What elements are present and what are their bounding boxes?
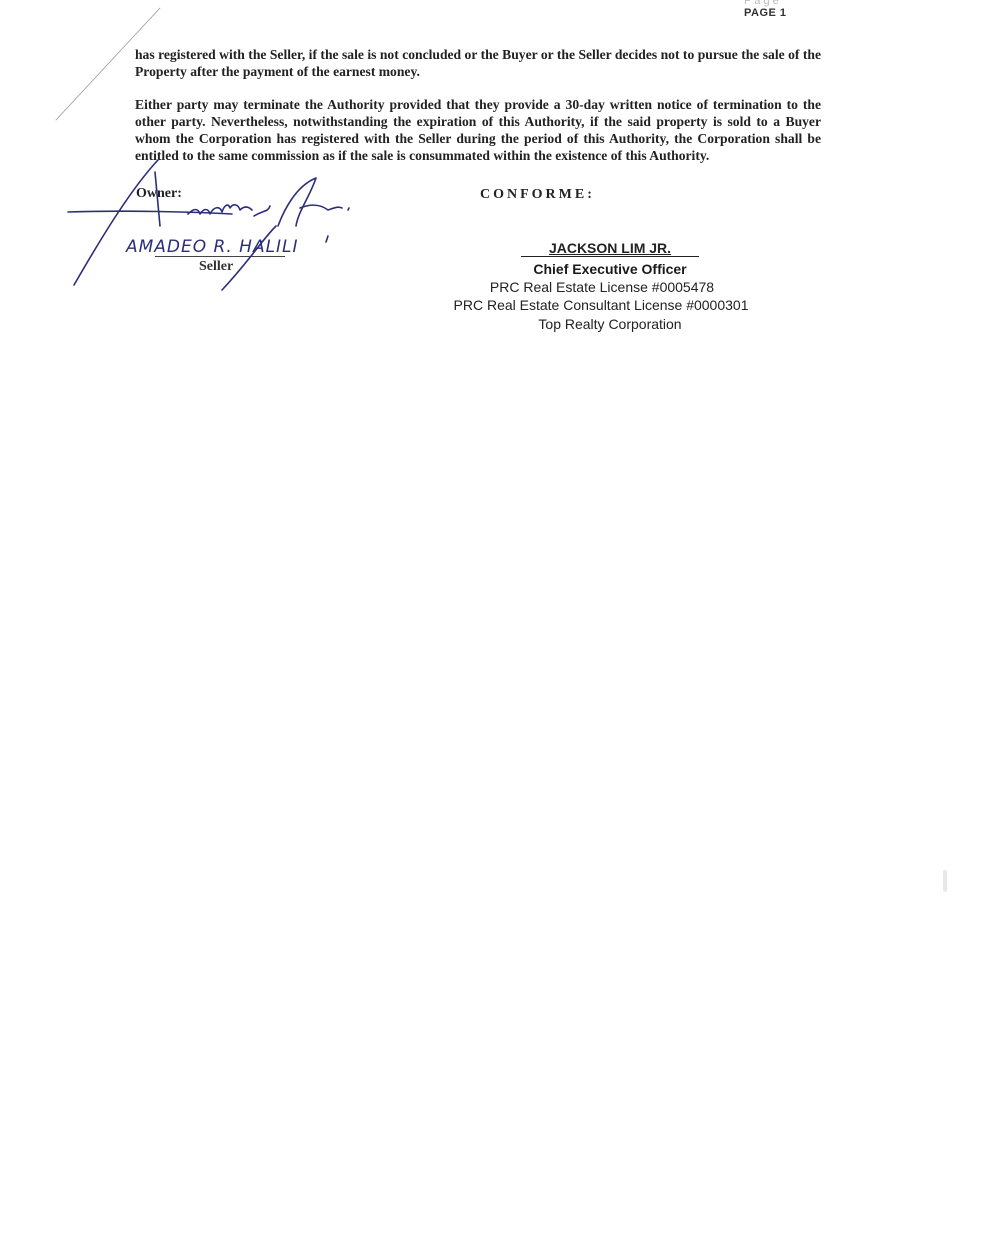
paragraph-commission: has registered with the Seller, if the s…	[135, 46, 821, 80]
scan-smudge	[943, 870, 947, 892]
page-header: Page PAGE 1	[744, 0, 787, 19]
owner-handwritten-name: AMADEO R. HALILI	[125, 237, 299, 257]
seller-signature-line	[155, 256, 285, 257]
real-estate-license: PRC Real Estate License #0005478	[424, 278, 780, 296]
page-faint-label: Page	[744, 0, 787, 7]
company-name: Top Realty Corporation	[440, 314, 780, 334]
consultant-license: PRC Real Estate Consultant License #0000…	[422, 296, 780, 314]
conforme-signature-block: JACKSON LIM JR. Chief Executive Officer …	[440, 240, 780, 334]
paragraph-termination: Either party may terminate the Authority…	[135, 96, 821, 164]
owner-label: Owner:	[136, 186, 182, 202]
signer-title: Chief Executive Officer	[440, 260, 780, 278]
conforme-label: CONFORME:	[480, 187, 595, 203]
signer-name: JACKSON LIM JR.	[521, 240, 699, 257]
seller-label: Seller	[199, 259, 233, 275]
page-number: PAGE 1	[744, 7, 787, 19]
